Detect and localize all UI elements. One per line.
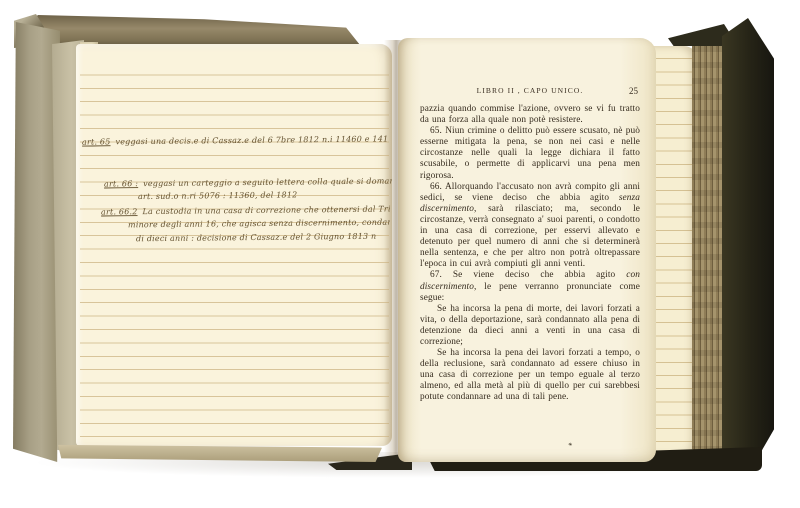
- running-header: LIBRO II , CAPO UNICO.: [477, 86, 584, 95]
- book-top-edge: [14, 15, 360, 45]
- text-segment: 66. Allorquando l'accusato non avrà comp…: [420, 182, 640, 203]
- left-notebook-page: art. 65veggasi una decis.e di Cassaz.e d…: [76, 44, 392, 446]
- text-segment: Se ha incorsa la pena di morte, dei lavo…: [420, 304, 640, 347]
- annotation-article-label: art. 65: [82, 137, 111, 146]
- text-segment: 65. Niun crimine o delitto può essere sc…: [420, 126, 640, 180]
- page-number: 25: [629, 86, 638, 96]
- paragraph: pazzia quando commise l'azione, ovvero s…: [420, 104, 640, 126]
- annotation-article-label: art. 66.2: [101, 207, 138, 216]
- text-segment: 67. Se viene deciso che abbia agito: [430, 270, 626, 280]
- book-photograph: { "photo": { "background": "#ffffff" }, …: [0, 0, 800, 508]
- body-text: pazzia quando commise l'azione, ovvero s…: [420, 104, 640, 404]
- right-printed-page: LIBRO II , CAPO UNICO. 25 pazzia quando …: [398, 38, 656, 462]
- text-segment: Se ha incorsa la pena dei lavori forzati…: [420, 348, 640, 402]
- book-cover-right: [722, 18, 774, 470]
- paragraph: Se ha incorsa la pena di morte, dei lavo…: [420, 304, 640, 348]
- annotation-article-label: art. 66 :: [104, 179, 138, 188]
- ruled-lines: [80, 62, 389, 440]
- printed-text-block: LIBRO II , CAPO UNICO. 25 pazzia quando …: [420, 86, 640, 404]
- annotation-text: art. sud.o n.ri 5076 : 11360, del 1812: [138, 190, 297, 201]
- paragraph: Se ha incorsa la pena dei lavori forzati…: [420, 348, 640, 403]
- paragraph: 66. Allorquando l'accusato non avrà comp…: [420, 182, 640, 271]
- paragraph: 65. Niun crimine o delitto può essere sc…: [420, 126, 640, 181]
- text-segment: pazzia quando commise l'azione, ovvero s…: [420, 104, 640, 125]
- paragraph: 67. Se viene deciso che abbia agito con …: [420, 270, 640, 303]
- running-header-row: LIBRO II , CAPO UNICO. 25: [420, 86, 640, 99]
